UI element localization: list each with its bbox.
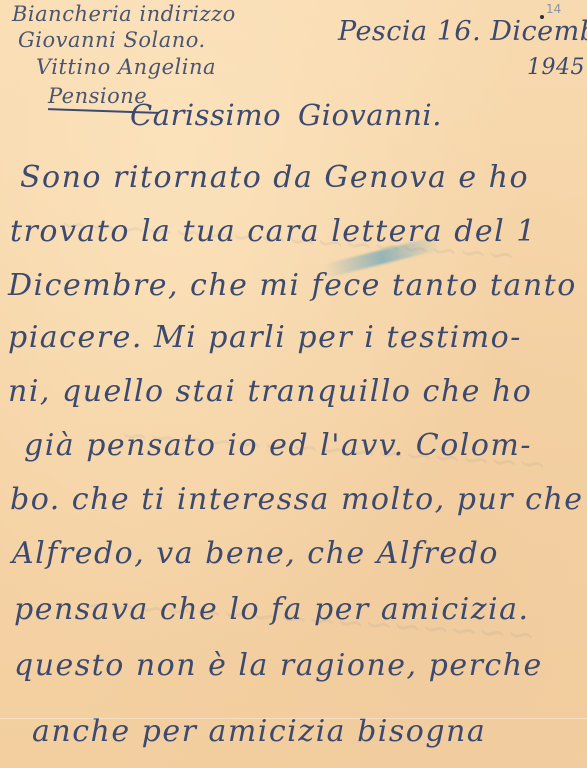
body-line: Sono ritornato da Genova e ho xyxy=(20,160,529,195)
body-line: bo. che ti interessa molto, pur che xyxy=(10,482,584,517)
body-line: già pensato io ed l'avv. Colom- xyxy=(24,428,532,463)
body-line: piacere. Mi parli per i testimo- xyxy=(8,320,522,355)
salutation-adjective: Carissimo xyxy=(130,98,281,132)
address-line-2: Giovanni Solano. xyxy=(18,28,206,52)
body-line: Alfredo, va bene, che Alfredo xyxy=(12,536,499,571)
body-line: pensava che lo fa per amicizia. xyxy=(14,592,530,627)
body-line: Dicembre, che mi fece tanto tanto xyxy=(8,268,577,303)
body-line: ni, quello stai tranquillo che ho xyxy=(8,374,532,409)
paper-fold-line xyxy=(0,718,587,719)
place-and-day: Pescia 16. Dicembre xyxy=(338,16,587,47)
body-line: trovato la tua cara lettera del 1 xyxy=(10,214,537,249)
page-number: 14 xyxy=(546,2,561,16)
letter-page: ~~~~~~~~~~~~~~~~ ~~~~~~~~~~~~~~~ ~~~~~~~… xyxy=(0,0,587,768)
year: 1945 xyxy=(527,55,585,80)
salutation-name: Giovanni. xyxy=(298,98,442,132)
address-line-1: Biancheria indirizzo xyxy=(12,2,236,26)
body-line: questo non è la ragione, perche xyxy=(14,648,543,683)
body-line: anche per amicizia bisogna xyxy=(32,714,486,749)
address-line-3: Vittino Angelina xyxy=(36,55,216,79)
